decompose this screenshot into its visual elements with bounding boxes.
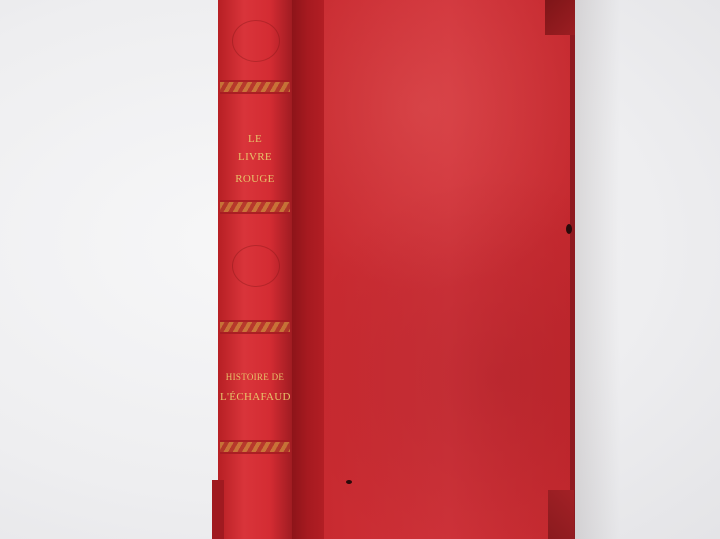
spine-band bbox=[220, 80, 290, 94]
spine-ornament bbox=[232, 20, 280, 62]
spine-band bbox=[220, 440, 290, 454]
spine-band bbox=[220, 200, 290, 214]
spine-title-line: LIVRE ROUGE bbox=[220, 146, 290, 190]
cover-blemish bbox=[346, 480, 352, 484]
cover-edge bbox=[570, 0, 575, 539]
spine-band bbox=[220, 320, 290, 334]
spine-title-line: HISTOIRE DE bbox=[220, 366, 290, 388]
spine-ornament bbox=[232, 245, 280, 287]
cover-corner-bottom bbox=[548, 490, 574, 539]
cover-blemish bbox=[566, 224, 572, 234]
book-front-cover bbox=[324, 0, 574, 539]
spine-worn-edge bbox=[212, 480, 224, 539]
book: LE LIVRE ROUGE HISTOIRE DE L'ÉCHAFAUD bbox=[0, 0, 720, 539]
book-hinge bbox=[292, 0, 324, 539]
cover-corner-top bbox=[545, 0, 575, 35]
spine-title-line: L'ÉCHAFAUD bbox=[220, 386, 290, 408]
